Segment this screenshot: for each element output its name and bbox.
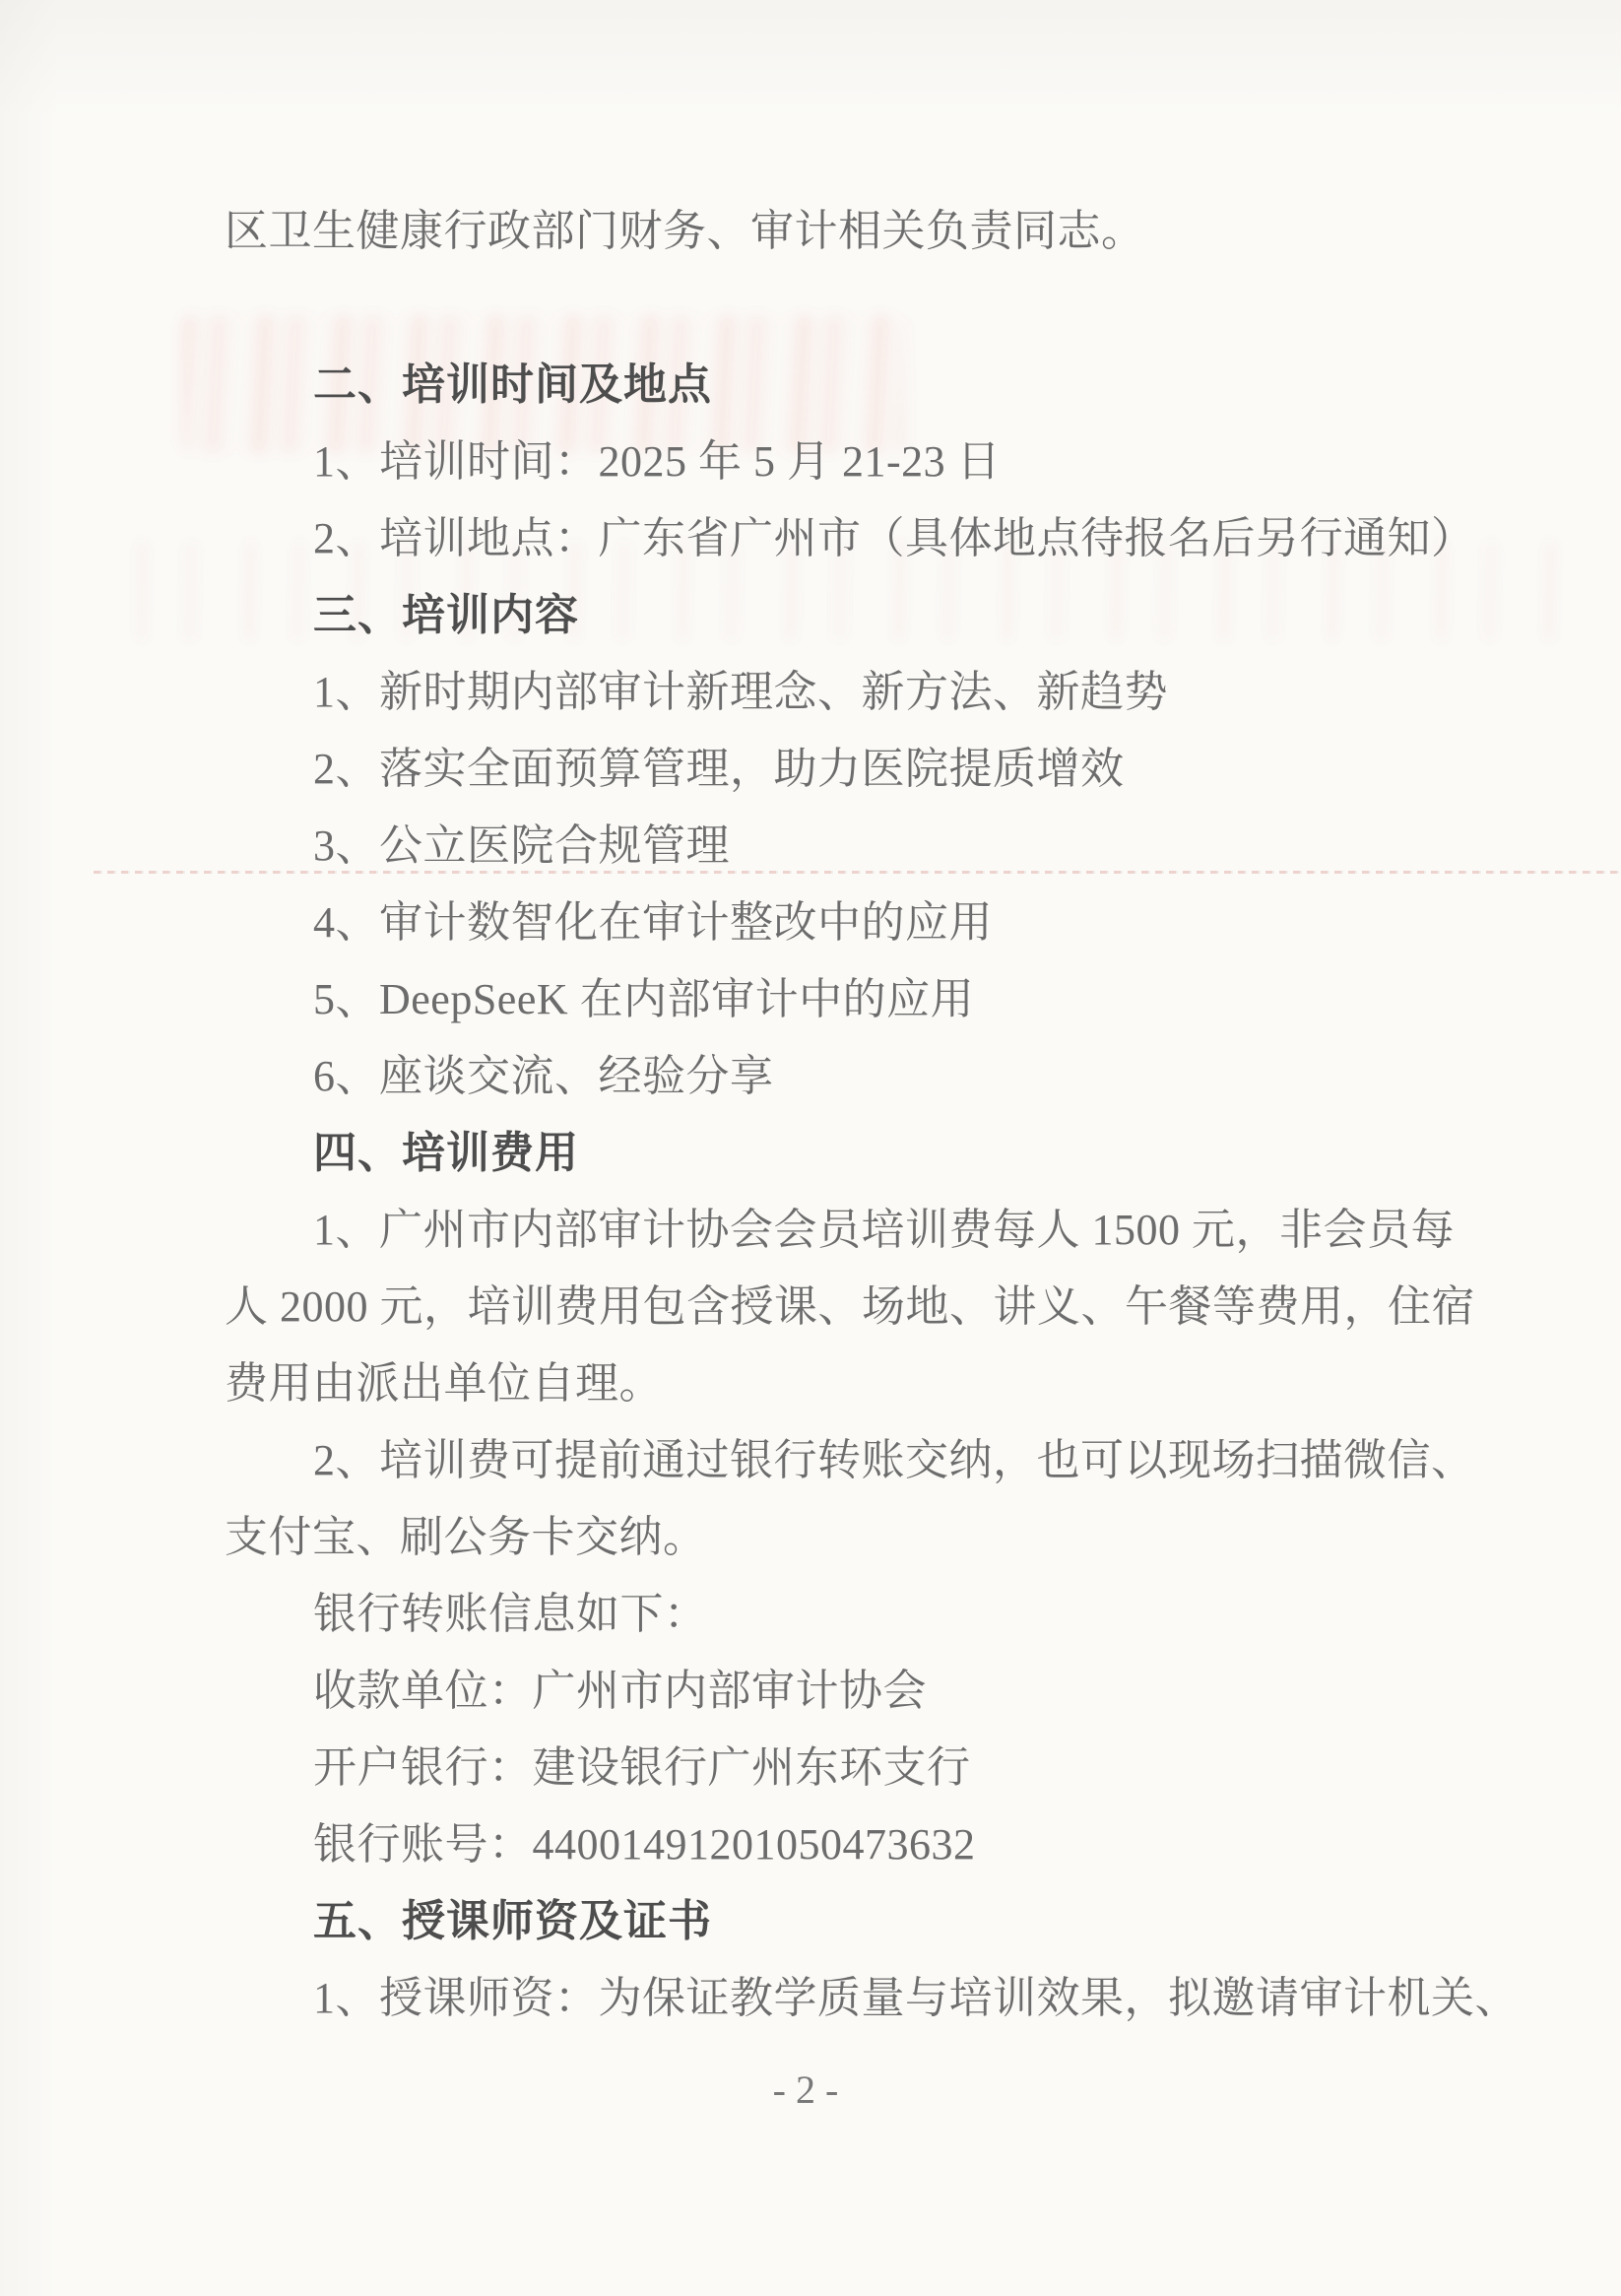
page-number: -2- — [0, 2061, 1621, 2120]
heading-faculty-certificate: 五、授课师资及证书 — [225, 1883, 1448, 1960]
line-content-item-2: 2、落实全面预算管理，助力医院提质增效 — [225, 731, 1448, 808]
blank-line-spacer — [225, 270, 1448, 347]
line-bank-account: 银行账号：44001491201050473632 — [225, 1806, 1448, 1883]
line-content-item-3: 3、公立医院合规管理 — [225, 808, 1448, 885]
heading-training-fee: 四、培训费用 — [225, 1115, 1448, 1192]
line-content-item-6: 6、座谈交流、经验分享 — [225, 1038, 1448, 1115]
heading-training-time-location: 二、培训时间及地点 — [225, 347, 1448, 424]
line-fee-paragraph-3: 费用由派出单位自理。 — [225, 1345, 1448, 1422]
line-bank-branch: 开户银行：建设银行广州东环支行 — [225, 1730, 1448, 1806]
line-payment-method-2: 支付宝、刷公务卡交纳。 — [225, 1499, 1448, 1576]
line-fee-paragraph-1: 1、广州市内部审计协会会员培训费每人 1500 元，非会员每 — [225, 1192, 1448, 1269]
line-training-location: 2、培训地点：广东省广州市（具体地点待报名后另行通知） — [225, 500, 1448, 577]
line-bank-transfer-intro: 银行转账信息如下： — [225, 1576, 1448, 1653]
line-payment-method-1: 2、培训费可提前通过银行转账交纳，也可以现场扫描微信、 — [225, 1422, 1448, 1499]
line-content-item-1: 1、新时期内部审计新理念、新方法、新趋势 — [225, 654, 1448, 731]
line-payee-name: 收款单位：广州市内部审计协会 — [225, 1653, 1448, 1730]
line-training-time: 1、培训时间：2025 年 5 月 21-23 日 — [225, 424, 1448, 500]
heading-training-content: 三、培训内容 — [225, 577, 1448, 654]
line-content-item-4: 4、审计数智化在审计整改中的应用 — [225, 885, 1448, 961]
line-faculty-intro: 1、授课师资：为保证教学质量与培训效果，拟邀请审计机关、 — [225, 1960, 1448, 2037]
scanned-document-page: 区卫生健康行政部门财务、审计相关负责同志。 二、培训时间及地点 1、培训时间：2… — [0, 0, 1621, 2296]
document-body: 区卫生健康行政部门财务、审计相关负责同志。 二、培训时间及地点 1、培训时间：2… — [225, 193, 1448, 2037]
line-content-item-5: 5、DeepSeeK 在内部审计中的应用 — [225, 961, 1448, 1038]
line-fee-paragraph-2: 人 2000 元，培训费用包含授课、场地、讲义、午餐等费用，住宿 — [225, 1269, 1448, 1345]
paragraph-continuation-line: 区卫生健康行政部门财务、审计相关负责同志。 — [225, 193, 1448, 270]
